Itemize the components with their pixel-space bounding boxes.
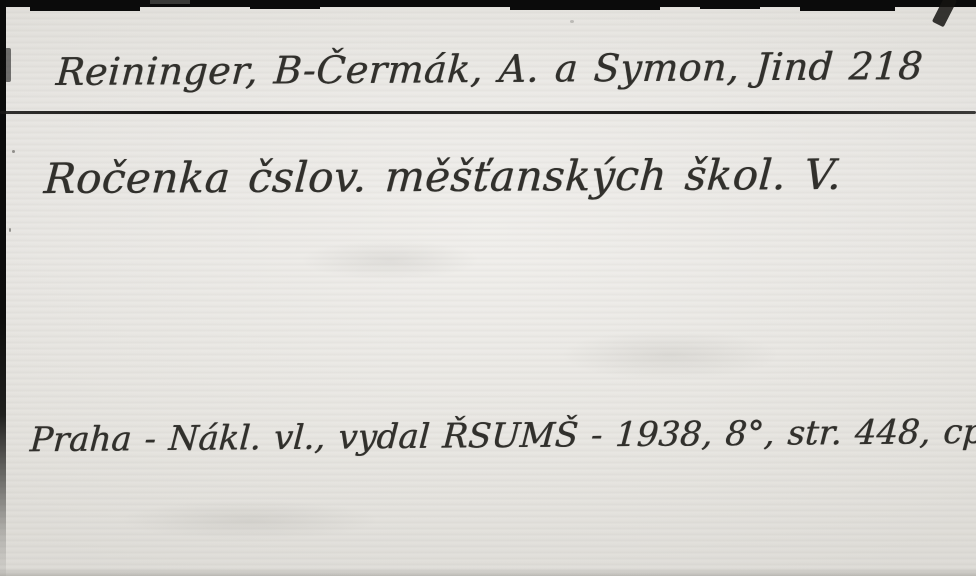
scan-top-edge-block	[700, 0, 760, 9]
scan-top-edge-block	[150, 0, 190, 4]
dust-speck	[9, 228, 11, 232]
catalog-card-scan: Reininger, B-Čermák, A. a Symon, Jind 21…	[0, 0, 976, 576]
paper-smudge	[120, 500, 380, 540]
scan-left-edge-notch	[5, 48, 11, 82]
imprint-line: Praha - Nákl. vl., vydal ŘSUMŠ - 1938, 8…	[29, 412, 976, 461]
paper-smudge	[560, 330, 780, 380]
scan-left-edge	[0, 0, 6, 576]
scan-top-edge-block	[30, 0, 140, 11]
dust-speck	[570, 20, 574, 23]
title-line: Ročenka čslov. měšťanských škol. V.	[42, 150, 843, 203]
ruled-divider-line	[0, 111, 976, 114]
scan-top-edge-block	[510, 0, 660, 10]
heading-authors-line: Reininger, B-Čermák, A. a Symon, Jind 21…	[55, 44, 925, 94]
scan-bottom-shade	[0, 568, 976, 576]
dust-speck	[12, 150, 15, 153]
scan-top-edge-block	[800, 0, 895, 11]
paper-smudge	[300, 240, 480, 280]
scan-top-edge-block	[250, 0, 320, 9]
